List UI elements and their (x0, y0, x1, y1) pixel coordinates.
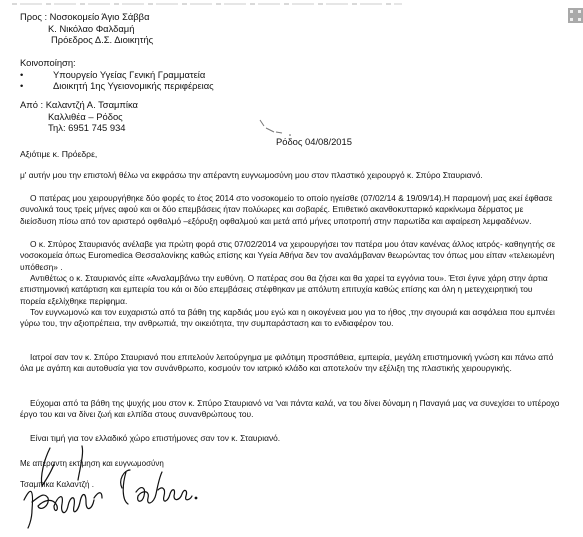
sender-phone: Τηλ: 6951 745 934 (20, 122, 138, 134)
recipient-block: Προς : Νοσοκομείο Άγιο Σάββα Κ. Νικόλαο … (20, 11, 153, 46)
sender-block: Από : Καλαντζή Α. Τσαμπίκα Καλλιθέα – Ρό… (20, 99, 138, 134)
sender-address: Καλλιθέα – Ρόδος (20, 111, 138, 123)
paragraph: Ο πατέρας μου χειρουργήθηκε δύο φορές το… (20, 193, 560, 227)
recipient-role: Πρόεδρος Δ.Σ. Διοικητής (20, 34, 153, 46)
sender-name: Καλαντζή Α. Τσαμπίκα (46, 99, 138, 110)
bullet: • (20, 80, 53, 92)
paragraph: Ο κ. Σπύρος Σταυριανός ανέλαβε για πρώτη… (20, 239, 560, 273)
recipient-label: Προς : (20, 11, 47, 22)
expand-icon[interactable] (568, 8, 583, 23)
recipient-name: Κ. Νικόλαο Φαλδαμή (20, 23, 153, 35)
scan-noise (12, 3, 402, 5)
cc-item: Υπουργείο Υγείας Γενική Γραμματεία (53, 69, 205, 80)
salutation: Αξιότιμε κ. Πρόεδρε, (20, 149, 97, 160)
sender-label: Από : (20, 99, 43, 110)
cc-label: Κοινοποίηση: (20, 57, 214, 69)
paragraph: μ' αυτήν μου την επιστολή θέλω να εκφράσ… (20, 170, 560, 181)
recipient-org: Νοσοκομείο Άγιο Σάββα (50, 11, 150, 22)
cc-item: Διοικητή 1ης Υγειονομικής περιφέρειας (53, 80, 214, 91)
handwritten-signature (18, 440, 248, 530)
paragraph: Αντιθέτως ο κ. Σταυριανός είπε «Αναλαμβά… (20, 273, 560, 307)
paragraph: Ιατροί σαν τον κ. Σπύρο Σταυριανό που επ… (20, 352, 560, 375)
cc-block: Κοινοποίηση: •Υπουργείο Υγείας Γενική Γρ… (20, 57, 214, 92)
paragraph: Τον ευγνωμονώ και τον ευχαριστώ από τα β… (20, 307, 560, 330)
paragraph: Εύχομαι από τα βάθη της ψυχής μου στον κ… (20, 398, 560, 421)
place-date: Ρόδος 04/08/2015 (276, 136, 352, 148)
bullet: • (20, 69, 53, 81)
